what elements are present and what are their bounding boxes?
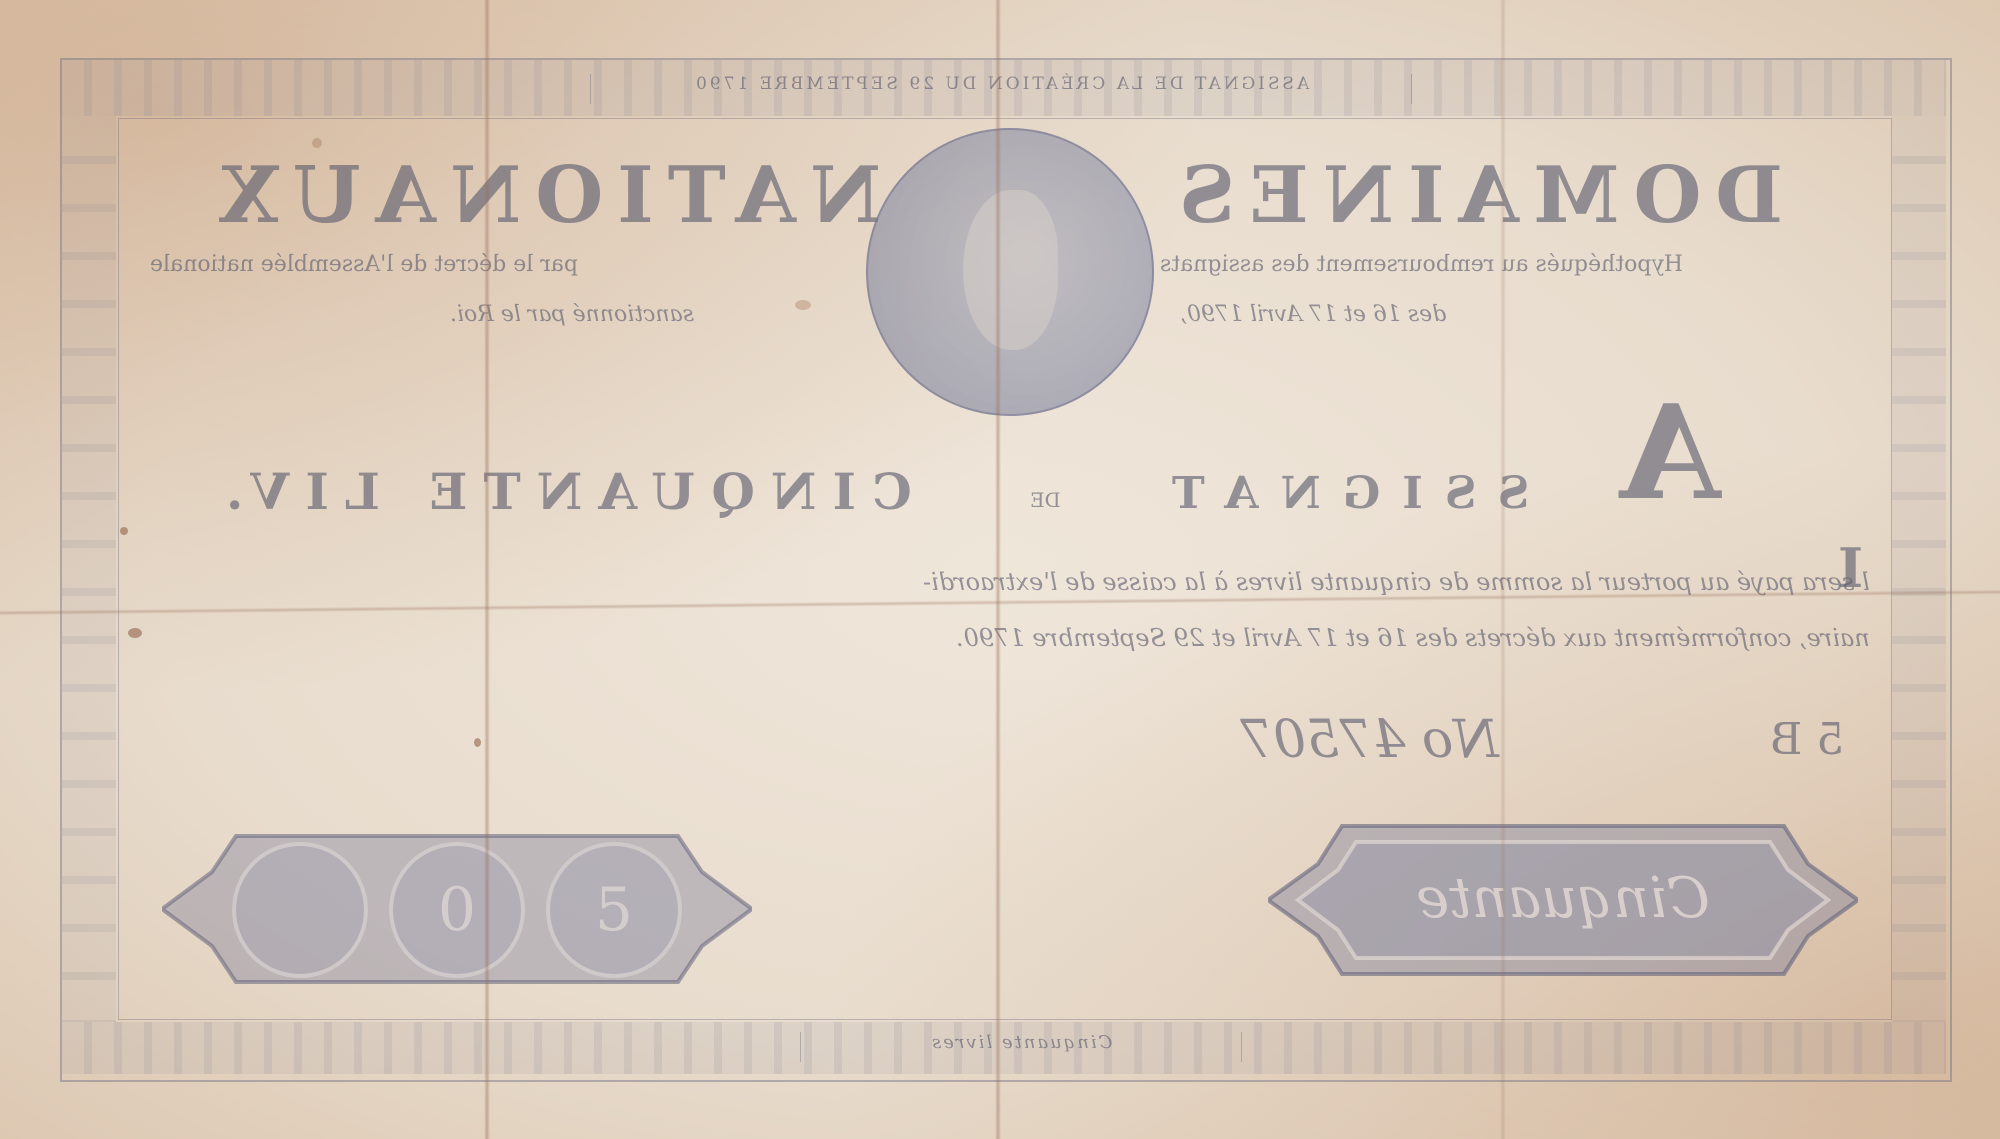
value-circle: 0 [389, 842, 525, 978]
subtitle-right-line1: Hypothéqués au remboursement des assigna… [1160, 252, 1683, 277]
series-mark: 5 B [1770, 714, 1844, 765]
value-circle [232, 842, 368, 978]
profile-silhouette [963, 190, 1058, 350]
connector-de: DE [1030, 488, 1061, 512]
fold-crease [995, 0, 1001, 1139]
serial-number: No 47507 [1240, 710, 1499, 770]
subtitle-right-line2: des 16 et 17 Avril 1790, [1180, 302, 1446, 327]
foxing-spot [795, 300, 811, 310]
cartouche-right-text: Cinquante [1268, 818, 1858, 982]
bottom-legend: Cinquante livres [800, 1032, 1242, 1062]
foxing-spot [474, 738, 481, 747]
subtitle-left-line1: par le décret de l'Assemblée nationale [150, 252, 578, 277]
amount-in-words: CINQUANTE LIV. [210, 462, 912, 521]
top-legend: ASSIGNAT DE LA CRÉATION DU 29 SEPTEMBRE … [590, 74, 1412, 104]
body-text-line2: naire, conformément aux décrets des 16 e… [170, 624, 1870, 652]
heading-assignat: SSIGNAT [1150, 468, 1529, 519]
cartouche-left-circles: 0 5 [162, 826, 752, 992]
body-text-line1: l sera payé au porteur la somme de cinqu… [170, 568, 1870, 596]
value-circle: 5 [546, 842, 682, 978]
foxing-spot [128, 628, 142, 638]
title-nationaux: NATIONAUX [205, 150, 881, 241]
fold-crease [484, 0, 490, 1139]
initial-letter: A [1620, 388, 1721, 518]
portrait-medallion-icon [866, 128, 1154, 416]
foxing-spot [312, 138, 322, 148]
banknote: ASSIGNAT DE LA CRÉATION DU 29 SEPTEMBRE … [0, 0, 2000, 1139]
title-domaines: DOMAINES [1165, 150, 1783, 241]
fold-crease [1500, 0, 1506, 1139]
foxing-spot [120, 527, 128, 535]
